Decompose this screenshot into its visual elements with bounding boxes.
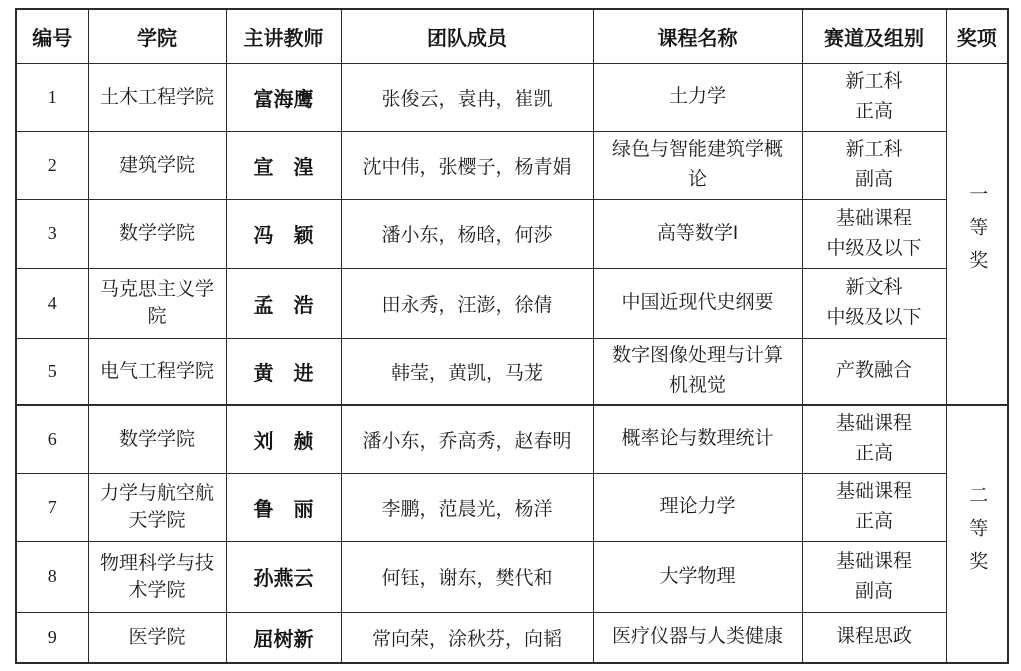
- row-number: 1: [16, 63, 88, 131]
- course-cell: 中国近现代史纲要: [593, 268, 802, 338]
- course-cell: 概率论与数理统计: [593, 405, 802, 473]
- college-cell: 数学学院: [88, 199, 226, 268]
- team-cell: 田永秀，汪澎，徐倩: [341, 268, 593, 338]
- teacher-cell: 鲁 丽: [226, 473, 341, 541]
- row-number: 3: [16, 199, 88, 268]
- course-cell: 大学物理: [593, 541, 802, 612]
- row-number: 6: [16, 405, 88, 473]
- track-cell: 新文科 中级及以下: [802, 268, 946, 338]
- header-row: 编号 学院 主讲教师 团队成员 课程名称 赛道及组别 奖项: [16, 9, 1008, 63]
- team-cell: 沈中伟，张樱子，杨青娟: [341, 131, 593, 199]
- table-row: 9 医学院 屈树新 常向荣，涂秋芬，向韬 医疗仪器与人类健康 课程思政: [16, 612, 1008, 663]
- group-line: 副高: [808, 577, 941, 607]
- track-line: 课程思政: [808, 622, 941, 652]
- teacher-cell: 孟 浩: [226, 268, 341, 338]
- track-line: 新工科: [808, 135, 941, 165]
- team-cell: 韩莹，黄凯，马茏: [341, 338, 593, 405]
- college-cell: 力学与航空航天学院: [88, 473, 226, 541]
- group-line: 中级及以下: [808, 234, 941, 264]
- track-line: 基础课程: [808, 204, 941, 234]
- table-row: 6 数学学院 刘 赪 潘小东，乔高秀，赵春明 概率论与数理统计 基础课程 正高 …: [16, 405, 1008, 473]
- course-cell: 数字图像处理与计算机视觉: [593, 338, 802, 405]
- header-number: 编号: [16, 9, 88, 63]
- row-number: 4: [16, 268, 88, 338]
- group-line: 正高: [808, 507, 941, 537]
- teacher-cell: 宣 湟: [226, 131, 341, 199]
- teacher-cell: 冯 颖: [226, 199, 341, 268]
- college-cell: 电气工程学院: [88, 338, 226, 405]
- course-award-table: 编号 学院 主讲教师 团队成员 课程名称 赛道及组别 奖项 1 土木工程学院 富…: [15, 8, 1009, 664]
- teacher-cell: 屈树新: [226, 612, 341, 663]
- table-row: 4 马克思主义学院 孟 浩 田永秀，汪澎，徐倩 中国近现代史纲要 新文科 中级及…: [16, 268, 1008, 338]
- table-row: 7 力学与航空航天学院 鲁 丽 李鹏，范晨光，杨洋 理论力学 基础课程 正高: [16, 473, 1008, 541]
- header-team: 团队成员: [341, 9, 593, 63]
- college-cell: 土木工程学院: [88, 63, 226, 131]
- course-cell: 高等数学I: [593, 199, 802, 268]
- track-line: 基础课程: [808, 477, 941, 507]
- table-row: 8 物理科学与技术学院 孙燕云 何钰，谢东，樊代和 大学物理 基础课程 副高: [16, 541, 1008, 612]
- track-cell: 新工科 正高: [802, 63, 946, 131]
- college-cell: 马克思主义学院: [88, 268, 226, 338]
- track-cell: 基础课程 副高: [802, 541, 946, 612]
- course-cell: 绿色与智能建筑学概论: [593, 131, 802, 199]
- header-teacher: 主讲教师: [226, 9, 341, 63]
- header-award: 奖项: [946, 9, 1008, 63]
- award-cell-first-prize: 一等奖: [946, 63, 1008, 405]
- award-label: 一等奖: [967, 184, 986, 283]
- college-cell: 物理科学与技术学院: [88, 541, 226, 612]
- team-cell: 常向荣，涂秋芬，向韬: [341, 612, 593, 663]
- page: 编号 学院 主讲教师 团队成员 课程名称 赛道及组别 奖项 1 土木工程学院 富…: [0, 0, 1021, 671]
- team-cell: 张俊云，袁冉，崔凯: [341, 63, 593, 131]
- header-college: 学院: [88, 9, 226, 63]
- table-row: 3 数学学院 冯 颖 潘小东，杨晗，何莎 高等数学I 基础课程 中级及以下: [16, 199, 1008, 268]
- track-line: 产教融合: [808, 356, 941, 386]
- track-cell: 产教融合: [802, 338, 946, 405]
- course-cell: 理论力学: [593, 473, 802, 541]
- college-cell: 医学院: [88, 612, 226, 663]
- team-cell: 潘小东，杨晗，何莎: [341, 199, 593, 268]
- table-row: 1 土木工程学院 富海鹰 张俊云，袁冉，崔凯 土力学 新工科 正高 一等奖: [16, 63, 1008, 131]
- group-line: 副高: [808, 165, 941, 195]
- row-number: 7: [16, 473, 88, 541]
- group-line: 正高: [808, 97, 941, 127]
- teacher-cell: 富海鹰: [226, 63, 341, 131]
- team-cell: 何钰，谢东，樊代和: [341, 541, 593, 612]
- team-cell: 李鹏，范晨光，杨洋: [341, 473, 593, 541]
- row-number: 5: [16, 338, 88, 405]
- track-line: 基础课程: [808, 547, 941, 577]
- college-cell: 数学学院: [88, 405, 226, 473]
- track-cell: 基础课程 中级及以下: [802, 199, 946, 268]
- header-course: 课程名称: [593, 9, 802, 63]
- college-cell: 建筑学院: [88, 131, 226, 199]
- award-label: 二等奖: [967, 485, 986, 584]
- track-cell: 课程思政: [802, 612, 946, 663]
- table-row: 5 电气工程学院 黄 进 韩莹，黄凯，马茏 数字图像处理与计算机视觉 产教融合: [16, 338, 1008, 405]
- teacher-cell: 刘 赪: [226, 405, 341, 473]
- row-number: 9: [16, 612, 88, 663]
- track-cell: 新工科 副高: [802, 131, 946, 199]
- header-track: 赛道及组别: [802, 9, 946, 63]
- group-line: 正高: [808, 439, 941, 469]
- track-cell: 基础课程 正高: [802, 473, 946, 541]
- track-line: 新文科: [808, 273, 941, 303]
- course-cell: 医疗仪器与人类健康: [593, 612, 802, 663]
- track-line: 新工科: [808, 67, 941, 97]
- course-cell: 土力学: [593, 63, 802, 131]
- group-line: 中级及以下: [808, 303, 941, 333]
- track-line: 基础课程: [808, 409, 941, 439]
- row-number: 8: [16, 541, 88, 612]
- track-cell: 基础课程 正高: [802, 405, 946, 473]
- teacher-cell: 孙燕云: [226, 541, 341, 612]
- table-row: 2 建筑学院 宣 湟 沈中伟，张樱子，杨青娟 绿色与智能建筑学概论 新工科 副高: [16, 131, 1008, 199]
- teacher-cell: 黄 进: [226, 338, 341, 405]
- team-cell: 潘小东，乔高秀，赵春明: [341, 405, 593, 473]
- row-number: 2: [16, 131, 88, 199]
- award-cell-second-prize: 二等奖: [946, 405, 1008, 663]
